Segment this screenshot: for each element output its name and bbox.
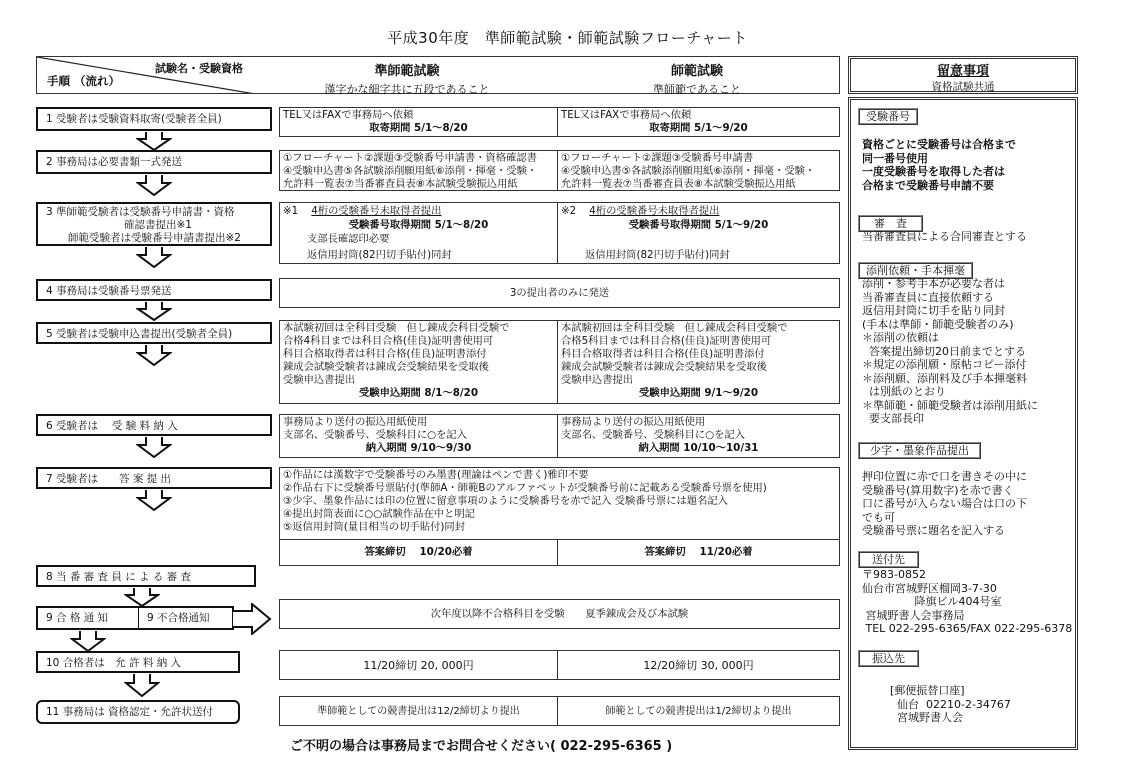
- row7-line-2: ②作品右下に受験番号票貼付(準師A・師範Bのアルファベットが受験番号前に記載ある…: [283, 482, 836, 495]
- row6-jun-line-1: 事務局より送付の振込用紙使用: [283, 416, 554, 429]
- step-9-fail-label: 9 不合格通知: [147, 612, 210, 624]
- row5-shi-line-3: 科目合格取得者は科目合格(佳良)証明書添付: [561, 348, 836, 361]
- step-6: 6 受験者は 受 験 料 納 入: [36, 414, 272, 436]
- notes-send-to-text: 〒983-0852 仙台市宮城野区榴岡3-7-30 降旗ビル404号室 宮城野書…: [862, 568, 1072, 636]
- row7-shi-deadline-cell: 答案締切 11/20必着: [557, 539, 840, 566]
- step-4-label: 4 事務局は受験番号票発送: [46, 285, 172, 297]
- row3-jun-mark: ※1: [283, 205, 298, 217]
- row3-shi-period: 受験番号取得期間 5/1～9/20: [561, 218, 836, 232]
- row10-shihan: 12/20締切 30, 000円: [557, 650, 840, 680]
- shihan-title: 師範試験: [555, 60, 839, 79]
- step-7-label: 7 受験者は 答 案 提 出: [46, 473, 171, 485]
- notes-section-exam-number: 受験番号: [858, 108, 918, 125]
- row3-jun-period: 受験番号取得期間 5/1～8/20: [283, 218, 554, 232]
- step-2: 2 事務局は必要書類一式発送: [36, 150, 272, 174]
- header-exam-label: 試験名・受験資格: [155, 60, 243, 76]
- row5-jun-period: 受験申込期間 8/1～8/20: [283, 387, 554, 400]
- header-procedure-label: 手順 （流れ）: [47, 73, 120, 89]
- page-title: 平成30年度 準師範試験・師範試験フローチャート: [0, 27, 1135, 48]
- row1-shi-line: TEL又はFAXで事務局へ依頼: [561, 109, 836, 122]
- row2-jun-line-3: 允許料一覧表⑦当番審査員表⑧本試験受験振込用紙: [283, 178, 554, 191]
- step-7: 7 受験者は 答 案 提 出: [36, 467, 272, 489]
- junshihan-qualification: 漢字かな細字共に五段であること: [259, 81, 555, 97]
- notes-section-send-to: 送付先: [858, 551, 919, 568]
- row2-shi-line-1: ①フローチャート②課題③受験番号申請書: [561, 152, 836, 165]
- row3-shi-heading: 4桁の受験番号未取得者提出: [589, 205, 719, 217]
- row6-shihan: 事務局より送付の振込用紙使用 支部名、受験番号、受験科目に○を記入 納入期間 1…: [557, 414, 840, 458]
- arrow-down-icon: [124, 673, 160, 697]
- step-3: 3 準師範受験者は受験番号申請書・資格 確認書提出※1 師範受験者は受験番号申請…: [36, 202, 272, 246]
- row5-jun-line-2: 合格4科目までは科目合格(佳良)証明書使用可: [283, 335, 554, 348]
- step-8: 8 当 番 審 査 員 に よ る 審 査: [36, 565, 256, 587]
- row2-shi-line-2: ④受験申込書⑤各試験添削願用紙⑥添削・揮毫・受験・: [561, 165, 836, 178]
- row6-jun-line-2: 支部名、受験番号、受験科目に○を記入: [283, 429, 554, 442]
- notes-subtitle: 資格試験共通: [851, 79, 1075, 94]
- row3-junshihan: ※1 4桁の受験番号未取得者提出 受験番号取得期間 5/1～8/20 支部長確認…: [279, 202, 558, 264]
- row5-shi-period: 受験申込期間 9/1～9/20: [561, 387, 836, 400]
- row5-jun-line-3: 科目合格取得者は科目合格(佳良)証明書添付: [283, 348, 554, 361]
- row4-common: 3の提出者のみに発送: [279, 278, 840, 308]
- notes-transfer-text: [郵便振替口座] 仙台 02210-2-34767 宮城野書人会: [890, 684, 1011, 725]
- row2-shihan: ①フローチャート②課題③受験番号申請書 ④受験申込書⑤各試験添削願用紙⑥添削・揮…: [557, 150, 840, 191]
- step-3-line-2: 確認書提出※1: [46, 219, 270, 232]
- row7-jun-deadline-cell: 答案締切 10/20必着: [279, 539, 558, 566]
- row5-shi-line-5: 受験申込書提出: [561, 374, 836, 387]
- row3-shi-note2: 返信用封筒(82円切手貼付)同封: [561, 248, 836, 262]
- step-9-pass: 9 合 格 通 知: [36, 606, 140, 630]
- row7-line-3: ③少字、墨象作品には印の位置に留意事項のように受験番号を赤で記入 受験番号票には…: [283, 495, 836, 508]
- row5-junshihan: 本試験初回は全科目受験 但し錬成会科目受験で 合格4科目までは科目合格(佳良)証…: [279, 320, 558, 404]
- step-11: 11 事務局は 資格認定・允許状送付: [36, 700, 240, 724]
- tag-small-char: 少字・墨象作品提出: [858, 442, 981, 459]
- arrow-down-icon: [136, 246, 172, 268]
- row2-shi-line-3: 允許料一覧表⑦当番審査員表⑧本試験受験振込用紙: [561, 178, 836, 191]
- row1-jun-line: TEL又はFAXで事務局へ依頼: [283, 109, 554, 122]
- header-diagonal-cell: 試験名・受験資格 手順 （流れ）: [36, 56, 260, 94]
- tag-transfer: 振込先: [858, 650, 919, 667]
- row2-jun-line-2: ④受験申込書⑤各試験添削願用紙⑥添削・揮毫・受験・: [283, 165, 554, 178]
- row10-junshihan: 11/20締切 20, 000円: [279, 650, 558, 680]
- row7-line-1: ①作品には漢数字で受験番号のみ墨書(理論はペンで書く)雅印不要: [283, 469, 836, 482]
- step-5-label: 5 受験者は受験申込書提出(受験者全員): [46, 328, 232, 340]
- row5-shi-line-1: 本試験初回は全科目受験 但し錬成会科目受験で: [561, 322, 836, 335]
- notes-exam-number-text: 資格ごとに受験番号は合格まで 同一番号使用 一度受験番号を取得した者は 合格まで…: [862, 138, 1016, 192]
- notes-review-text: 当番審査員による合同審査とする: [862, 230, 1027, 244]
- step-10-label: 10 合格者は 允 許 料 納 入: [46, 657, 181, 669]
- arrow-right-icon: [232, 603, 272, 635]
- step-11-label: 11 事務局は 資格認定・允許状送付: [46, 706, 213, 718]
- row6-shi-period: 納入期間 10/10～10/31: [561, 442, 836, 455]
- arrow-down-icon: [136, 489, 172, 511]
- row7-jun-deadline: 答案締切 10/20必着: [283, 541, 554, 564]
- row2-jun-line-1: ①フローチャート②課題③受験番号申請書・資格確認書: [283, 152, 554, 165]
- row2-junshihan: ①フローチャート②課題③受験番号申請書・資格確認書 ④受験申込書⑤各試験添削願用…: [279, 150, 558, 191]
- row5-jun-line-4: 錬成会試験受験者は錬成会受験結果を受取後: [283, 361, 554, 374]
- row11-junshihan: 準師範としての競書提出は12/2締切より提出: [279, 696, 558, 726]
- step-3-line-1: 3 準師範受験者は受験番号申請書・資格: [46, 206, 270, 219]
- arrow-down-icon: [136, 131, 172, 151]
- arrow-down-icon: [124, 587, 160, 607]
- step-5: 5 受験者は受験申込書提出(受験者全員): [36, 322, 272, 344]
- row7-line-5: ⑤返信用封筒(量目相当の切手貼付)同封: [283, 521, 836, 534]
- row5-shi-line-4: 錬成会試験受験者は錬成会受験結果を受取後: [561, 361, 836, 374]
- step-10: 10 合格者は 允 許 料 納 入: [36, 651, 240, 673]
- arrow-down-icon: [136, 344, 172, 366]
- row1-junshihan: TEL又はFAXで事務局へ依頼 取寄期間 5/1～8/20: [279, 107, 558, 137]
- row3-shihan: ※2 4桁の受験番号未取得者提出 受験番号取得期間 5/1～9/20 返信用封筒…: [557, 202, 840, 264]
- step-9-fail: 9 不合格通知: [138, 606, 234, 630]
- step-4: 4 事務局は受験番号票発送: [36, 279, 272, 301]
- notes-correction-text: 添削・参考手本が必要な者は 当番審査員に直接依頼する 返信用封筒に切手を貼り同封…: [862, 277, 1038, 426]
- arrow-down-icon: [136, 174, 172, 196]
- row6-shi-line-1: 事務局より送付の振込用紙使用: [561, 416, 836, 429]
- contact-footer: ご不明の場合は事務局までお問合せください( 022-295-6365 ): [290, 735, 672, 754]
- row5-jun-line-1: 本試験初回は全科目受験 但し錬成会科目受験で: [283, 322, 554, 335]
- notes-section-transfer: 振込先: [858, 650, 919, 667]
- row7-shi-deadline: 答案締切 11/20必着: [561, 541, 836, 564]
- arrow-down-icon: [136, 301, 172, 321]
- notes-header: 留意事項 資格試験共通: [848, 56, 1078, 94]
- step-9-pass-label: 9 合 格 通 知: [46, 612, 108, 624]
- tag-exam-number: 受験番号: [858, 108, 918, 125]
- step-1: 1 受験者は受験資料取寄(受験者全員): [36, 107, 272, 131]
- row9-common: 次年度以降不合格科目を受験 夏季錬成会及び本試験: [279, 599, 840, 629]
- row6-shi-line-2: 支部名、受験番号、受験科目に○を記入: [561, 429, 836, 442]
- header-shihan: 師範試験 準師範であること: [555, 56, 840, 94]
- row3-shi-mark: ※2: [561, 205, 576, 217]
- junshihan-title: 準師範試験: [259, 60, 555, 79]
- header-junshihan: 準師範試験 漢字かな細字共に五段であること: [259, 56, 556, 94]
- notes-small-char-text: 押印位置に赤で口を書きその中に 受験番号(算用数字)を赤で書く 口に番号が入らな…: [862, 470, 1027, 538]
- step-2-label: 2 事務局は必要書類一式発送: [46, 156, 182, 168]
- notes-section-small-char: 少字・墨象作品提出: [858, 442, 981, 459]
- row6-junshihan: 事務局より送付の振込用紙使用 支部名、受験番号、受験科目に○を記入 納入期間 9…: [279, 414, 558, 458]
- step-3-line-3: 師範受験者は受験番号申請書提出※2: [46, 232, 270, 245]
- arrow-down-icon: [136, 436, 172, 458]
- row1-shihan: TEL又はFAXで事務局へ依頼 取寄期間 5/1～9/20: [557, 107, 840, 137]
- arrow-down-icon: [70, 630, 106, 652]
- row3-jun-note2: 返信用封筒(82円切手貼付)同封: [283, 248, 554, 262]
- row7-line-4: ④提出封筒表面に○○試験作品在中と明記: [283, 508, 836, 521]
- row3-jun-heading: 4桁の受験番号未取得者提出: [311, 205, 441, 217]
- row7-common: ①作品には漢数字で受験番号のみ墨書(理論はペンで書く)雅印不要 ②作品右下に受験…: [279, 467, 840, 540]
- row6-jun-period: 納入期間 9/10～9/30: [283, 442, 554, 455]
- step-1-label: 1 受験者は受験資料取寄(受験者全員): [46, 113, 222, 125]
- row5-shi-line-2: 合格5科目までは科目合格(佳良)証明書使用可: [561, 335, 836, 348]
- tag-send-to: 送付先: [858, 551, 919, 568]
- notes-title: 留意事項: [851, 60, 1075, 79]
- row1-jun-period: 取寄期間 5/1～8/20: [283, 122, 554, 135]
- shihan-qualification: 準師範であること: [555, 81, 839, 97]
- step-6-label: 6 受験者は 受 験 料 納 入: [46, 420, 178, 432]
- row5-jun-line-5: 受験申込書提出: [283, 374, 554, 387]
- row11-shihan: 師範としての競書提出は1/2締切より提出: [557, 696, 840, 726]
- row3-jun-note1: 支部長確認印必要: [283, 232, 554, 246]
- row5-shihan: 本試験初回は全科目受験 但し錬成会科目受験で 合格5科目までは科目合格(佳良)証…: [557, 320, 840, 404]
- step-8-label: 8 当 番 審 査 員 に よ る 審 査: [46, 571, 191, 583]
- row1-shi-period: 取寄期間 5/1～9/20: [561, 122, 836, 135]
